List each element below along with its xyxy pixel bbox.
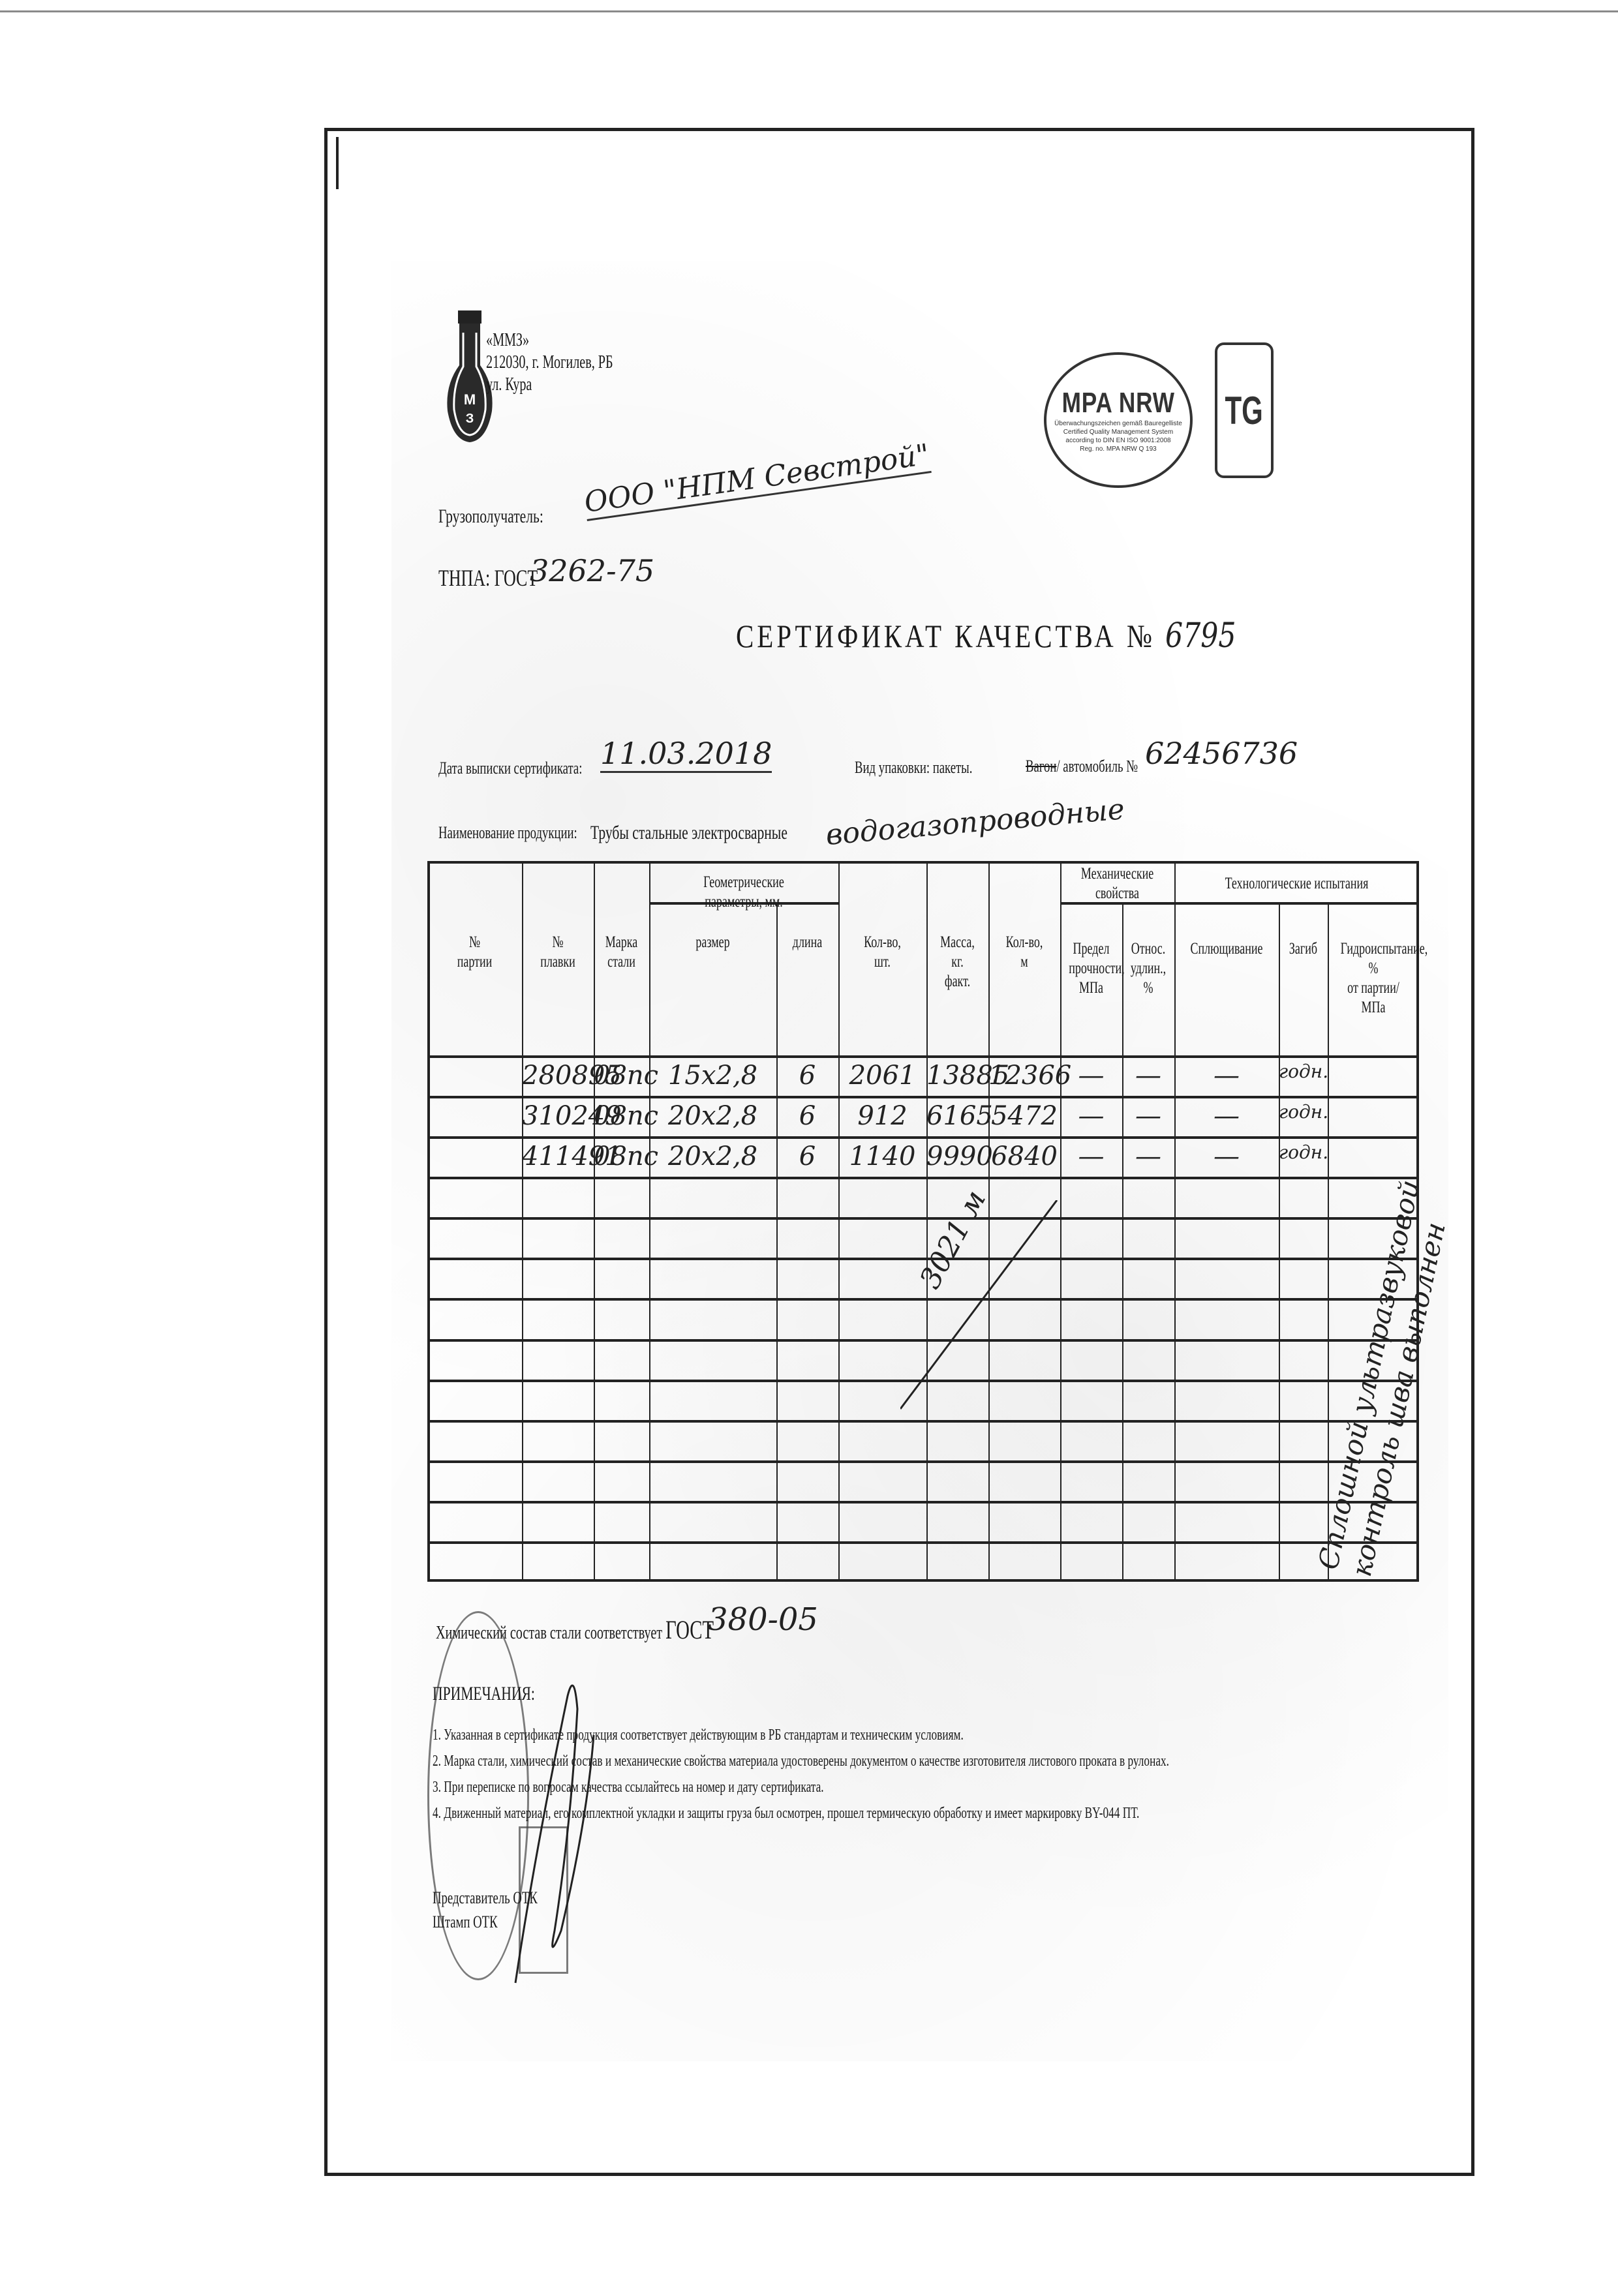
column-header: Кол-во, шт. <box>851 933 914 972</box>
stamp-line: according to DIN EN ISO 9001:2008 <box>1065 436 1170 445</box>
column-divider <box>594 861 595 1582</box>
table-cell: — <box>1122 1061 1174 1091</box>
table-cell: — <box>1060 1061 1122 1091</box>
table-cell: 1140 <box>838 1141 926 1171</box>
tnpa-label: ТНПА: ГОСТ <box>438 564 538 592</box>
stamp-title: MPA NRW <box>1061 387 1174 419</box>
table-cell: 6840 <box>988 1141 1060 1171</box>
table-cell: — <box>1174 1061 1279 1091</box>
stamp-line: Certified Quality Management System <box>1063 428 1173 436</box>
column-header: размер <box>667 933 758 952</box>
table-cell: 280895 <box>522 1061 594 1091</box>
column-header: длина <box>785 933 829 952</box>
table-cell: 20х2,8 <box>649 1101 776 1131</box>
group-header-divider <box>1174 902 1419 905</box>
column-divider <box>522 861 523 1582</box>
column-header: № плавки <box>532 933 583 972</box>
table-cell: — <box>1174 1141 1279 1171</box>
column-header: Предел прочности, МПа <box>1069 939 1113 998</box>
column-divider <box>776 903 778 1582</box>
column-header: Кол-во, м <box>998 933 1050 972</box>
mpa-nrw-certification-stamp: MPA NRW Überwachungszeichen gemäß Baureg… <box>1044 352 1193 488</box>
column-divider <box>1279 903 1280 1582</box>
table-cell: 12366 <box>988 1061 1060 1091</box>
column-divider <box>649 861 650 1582</box>
table-cell: — <box>1174 1101 1279 1131</box>
column-header: Загиб <box>1286 939 1321 959</box>
packing-label: Вид упаковки: пакеты. <box>855 758 972 778</box>
company-name: «ММЗ» <box>486 329 613 352</box>
table-cell: 6 <box>776 1061 838 1091</box>
table-cell: 08пс <box>594 1141 649 1171</box>
otk-stamp-label: Штамп ОТК <box>433 1912 498 1932</box>
table-cell: 13885 <box>926 1061 988 1091</box>
column-header: Гидроиспытание, % от партии/ МПа <box>1341 939 1407 1018</box>
table-cell: годн. <box>1279 1101 1328 1123</box>
table-cell: 5472 <box>988 1101 1060 1131</box>
svg-text:M: M <box>464 391 476 408</box>
company-address: «ММЗ» 212030, г. Могилев, РБ ул. Кура <box>486 329 613 396</box>
row-divider <box>427 1501 1419 1503</box>
svg-text:З: З <box>466 412 474 426</box>
table-cell: 6 <box>776 1101 838 1131</box>
signature-scribble <box>496 1657 626 1996</box>
transport-label-text: / автомобиль № <box>1056 757 1138 776</box>
row-divider <box>427 1541 1419 1544</box>
row-divider <box>427 1055 1419 1058</box>
header-geometric: Геометрические параметры, мм. <box>678 873 810 912</box>
row-divider <box>427 1460 1419 1463</box>
table-cell: 08пс <box>594 1101 649 1131</box>
row-divider <box>427 1136 1419 1139</box>
consignee-label: Грузополучатель: <box>438 506 543 528</box>
table-cell: 20х2,8 <box>649 1141 776 1171</box>
stamp-line: Reg. no. MPA NRW Q 193 <box>1080 445 1156 453</box>
header-mechanical: Механические свойства <box>1076 864 1159 903</box>
table-cell: 6 <box>776 1141 838 1171</box>
table-cell: — <box>1060 1101 1122 1131</box>
column-divider <box>1174 861 1176 1582</box>
table-cell: — <box>1122 1141 1174 1171</box>
scan-edge-line <box>0 10 1618 12</box>
company-address-line2: ул. Кура <box>486 374 613 396</box>
table-cell: 6165 <box>926 1101 988 1131</box>
column-divider <box>1122 903 1123 1582</box>
row-divider <box>427 1096 1419 1098</box>
diagonal-strike-line <box>900 1200 1070 1422</box>
chemistry-gost-label: ГОСТ <box>665 1615 714 1644</box>
column-divider <box>838 861 840 1582</box>
column-header: Марка стали <box>602 933 641 972</box>
table-cell: — <box>1060 1141 1122 1171</box>
table-cell: 2061 <box>838 1061 926 1091</box>
company-address-line1: 212030, г. Могилев, РБ <box>486 352 613 374</box>
transport-label-struck: Вагон <box>1026 757 1056 776</box>
table-cell: — <box>1122 1101 1174 1131</box>
header-technological: Технологические испытания <box>1209 874 1385 894</box>
issue-date-value: 11.03.2018 <box>600 736 772 773</box>
column-header: Сплющивание <box>1189 939 1264 959</box>
transport-number: 62456736 <box>1145 736 1298 771</box>
table-cell: 912 <box>838 1101 926 1131</box>
table-cell: 310249 <box>522 1101 594 1131</box>
title-text: СЕРТИФИКАТ КАЧЕСТВА № <box>736 618 1155 654</box>
frame-mark <box>336 137 339 189</box>
tg-certification-logo-icon: TG <box>1215 342 1274 478</box>
transport-label: Вагон/ автомобиль № <box>1026 757 1138 776</box>
table-cell: 9990 <box>926 1141 988 1171</box>
table-cell: 411491 <box>522 1141 594 1171</box>
table-cell: годн. <box>1279 1141 1328 1163</box>
certificate-number: 6795 <box>1165 616 1236 656</box>
column-header: Масса, кг. факт. <box>935 933 979 991</box>
column-header: Относ. удлин., % <box>1129 939 1167 998</box>
row-divider <box>427 1177 1419 1179</box>
table-cell: годн. <box>1279 1061 1328 1082</box>
table-cell: 15х2,8 <box>649 1061 776 1091</box>
table-cell: 08пс <box>594 1061 649 1091</box>
product-label: Наименование продукции: <box>438 823 577 843</box>
tnpa-value: 3262-75 <box>530 553 654 588</box>
product-printed: Трубы стальные электросварные <box>590 822 787 844</box>
issue-date-label: Дата выписки сертификата: <box>438 759 582 778</box>
certificate-title: СЕРТИФИКАТ КАЧЕСТВА № 6795 <box>736 616 1236 656</box>
stamp-line: Überwachungszeichen gemäß Bauregelliste <box>1054 419 1182 428</box>
column-header: № партии <box>440 933 508 972</box>
chemistry-gost-value: 380-05 <box>708 1601 818 1638</box>
